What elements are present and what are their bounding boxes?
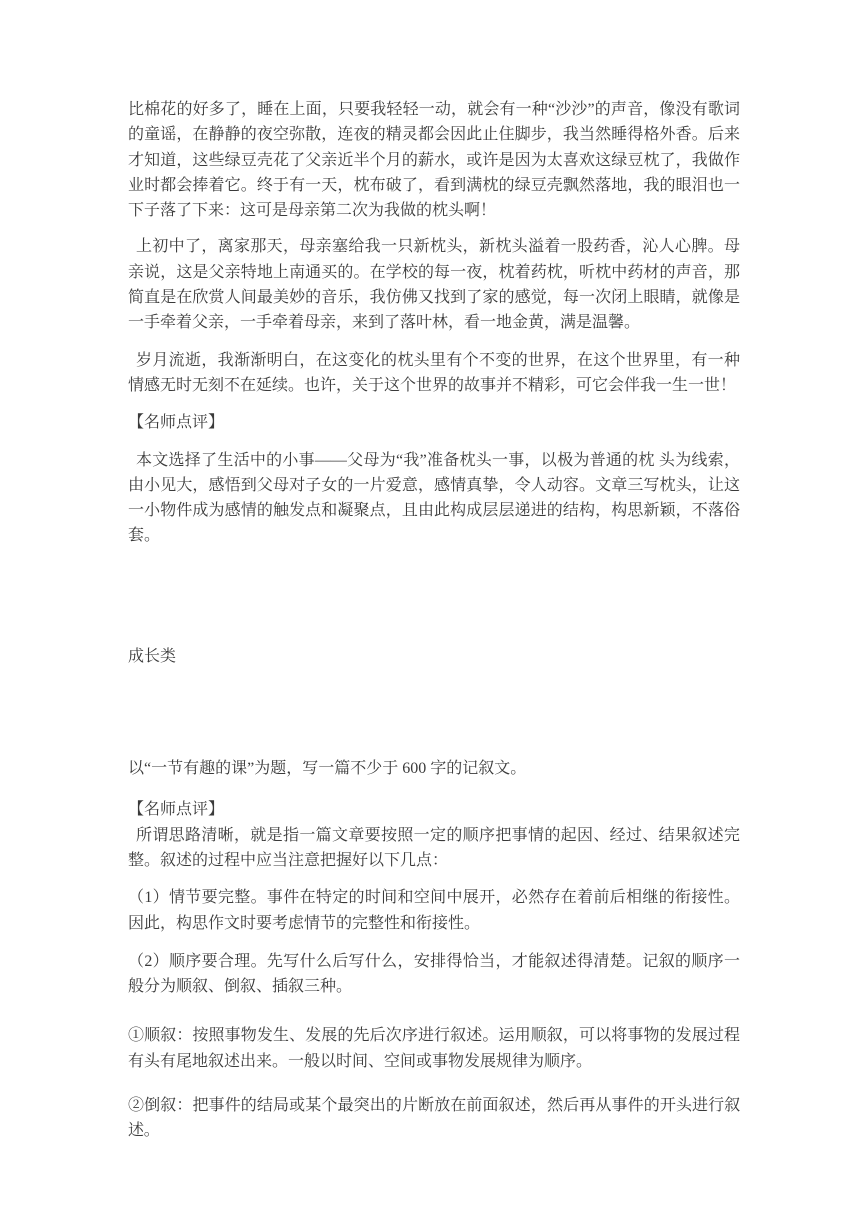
essay-paragraph-continuation: 比棉花的好多了，睡在上面，只要我轻轻一动，就会有一种“沙沙”的声音，像没有歌词的… (128, 97, 740, 223)
section-label: 成长类 (128, 644, 740, 669)
essay-paragraph-2: 上初中了，离家那天，母亲塞给我一只新枕头，新枕头溢着一股药香，沁人心脾。母亲说，… (128, 234, 740, 335)
comment-intro-paragraph: 所谓思路清晰，就是指一篇文章要按照一定的顺序把事情的起因、经过、结果叙述完整。叙… (128, 823, 740, 874)
point-2-paragraph: （2）顺序要合理。先写什么后写什么，安排得恰当，才能叙述得清楚。记叙的顺序一般分… (128, 949, 740, 1000)
teacher-comment-heading-2: 【名师点评】 (128, 797, 740, 822)
document-page: { "page": { "background_color": "#ffffff… (0, 0, 860, 1216)
subpoint-daoxu-paragraph: ②倒叙：把事件的结局或某个最突出的片断放在前面叙述，然后再从事件的开头进行叙述。 (128, 1093, 740, 1144)
point-1-paragraph: （1）情节要完整。事件在特定的时间和空间中展开，必然存在着前后相继的衔接性。因此… (128, 885, 740, 936)
teacher-comment-heading-1: 【名师点评】 (128, 410, 740, 435)
essay-paragraph-3: 岁月流逝，我渐渐明白，在这变化的枕头里有个不变的世界，在这个世界里，有一种情感无… (128, 348, 740, 399)
subpoint-shunxu-paragraph: ①顺叙：按照事物发生、发展的先后次序进行叙述。运用顺叙，可以将事物的发展过程有头… (128, 1023, 740, 1074)
teacher-comment-paragraph: 本文选择了生活中的小事——父母为“我”准备枕头一事，以极为普通的枕 头为线索，由… (128, 448, 740, 549)
writing-prompt: 以“一节有趣的课”为题，写一篇不少于 600 字的记叙文。 (128, 756, 740, 781)
document-text-area: 比棉花的好多了，睡在上面，只要我轻轻一动，就会有一种“沙沙”的声音，像没有歌词的… (128, 97, 740, 1144)
